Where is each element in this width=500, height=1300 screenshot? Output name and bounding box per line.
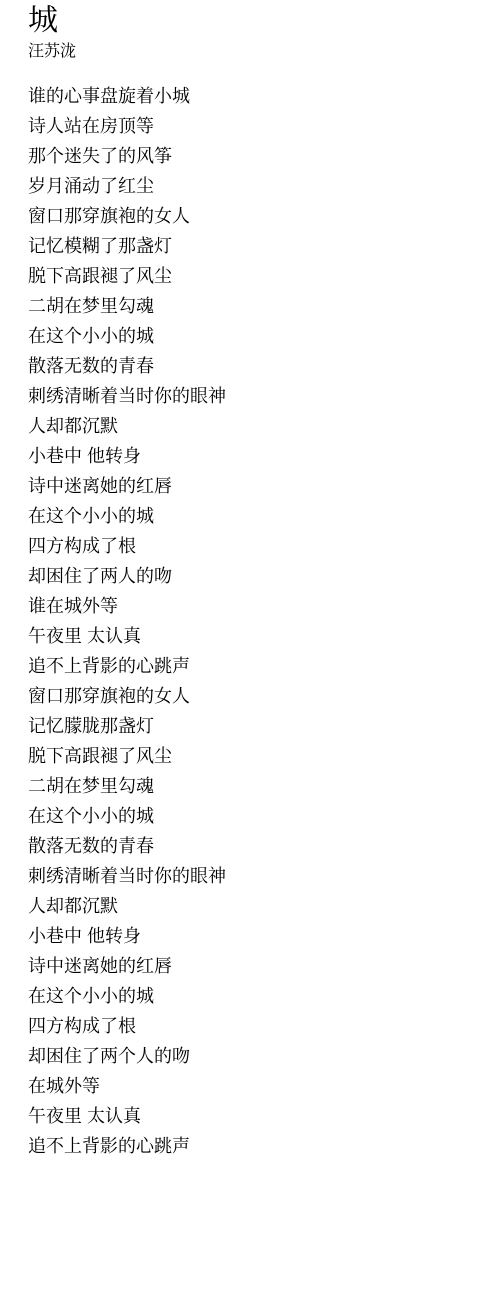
lyric-line: 午夜里 太认真 xyxy=(28,1101,480,1131)
lyric-line: 午夜里 太认真 xyxy=(28,621,480,651)
lyric-line: 诗人站在房顶等 xyxy=(28,111,480,141)
artist-name: 汪苏泷 xyxy=(28,41,480,63)
lyric-line: 脱下高跟褪了风尘 xyxy=(28,741,480,771)
lyric-line: 谁在城外等 xyxy=(28,591,480,621)
lyric-line: 记忆模糊了那盏灯 xyxy=(28,231,480,261)
lyric-line: 在这个小小的城 xyxy=(28,801,480,831)
lyric-line: 诗中迷离她的红唇 xyxy=(28,471,480,501)
lyric-line: 记忆朦胧那盏灯 xyxy=(28,711,480,741)
lyric-line: 在这个小小的城 xyxy=(28,321,480,351)
lyric-line: 脱下高跟褪了风尘 xyxy=(28,261,480,291)
lyric-line: 小巷中 他转身 xyxy=(28,441,480,471)
lyric-line: 散落无数的青春 xyxy=(28,831,480,861)
lyric-line: 却困住了两人的吻 xyxy=(28,561,480,591)
lyric-line: 人却都沉默 xyxy=(28,411,480,441)
lyric-line: 四方构成了根 xyxy=(28,531,480,561)
lyric-line: 二胡在梦里勾魂 xyxy=(28,291,480,321)
lyric-line: 二胡在梦里勾魂 xyxy=(28,771,480,801)
lyric-line: 人却都沉默 xyxy=(28,891,480,921)
lyric-line: 窗口那穿旗袍的女人 xyxy=(28,201,480,231)
lyric-line: 散落无数的青春 xyxy=(28,351,480,381)
lyric-line: 岁月涌动了红尘 xyxy=(28,171,480,201)
lyric-line: 却困住了两个人的吻 xyxy=(28,1041,480,1071)
lyric-line: 那个迷失了的风筝 xyxy=(28,141,480,171)
lyric-line: 在这个小小的城 xyxy=(28,981,480,1011)
lyric-line: 刺绣清晰着当时你的眼神 xyxy=(28,381,480,411)
lyric-line: 窗口那穿旗袍的女人 xyxy=(28,681,480,711)
lyrics-body: 谁的心事盘旋着小城诗人站在房顶等那个迷失了的风筝岁月涌动了红尘窗口那穿旗袍的女人… xyxy=(28,81,480,1161)
lyric-line: 四方构成了根 xyxy=(28,1011,480,1041)
song-title: 城 xyxy=(28,2,480,40)
lyric-line: 在这个小小的城 xyxy=(28,501,480,531)
lyric-line: 追不上背影的心跳声 xyxy=(28,1131,480,1161)
lyric-line: 刺绣清晰着当时你的眼神 xyxy=(28,861,480,891)
lyrics-page: 城 汪苏泷 谁的心事盘旋着小城诗人站在房顶等那个迷失了的风筝岁月涌动了红尘窗口那… xyxy=(0,0,500,1161)
lyric-line: 诗中迷离她的红唇 xyxy=(28,951,480,981)
lyric-line: 小巷中 他转身 xyxy=(28,921,480,951)
lyric-line: 谁的心事盘旋着小城 xyxy=(28,81,480,111)
lyric-line: 追不上背影的心跳声 xyxy=(28,651,480,681)
lyric-line: 在城外等 xyxy=(28,1071,480,1101)
